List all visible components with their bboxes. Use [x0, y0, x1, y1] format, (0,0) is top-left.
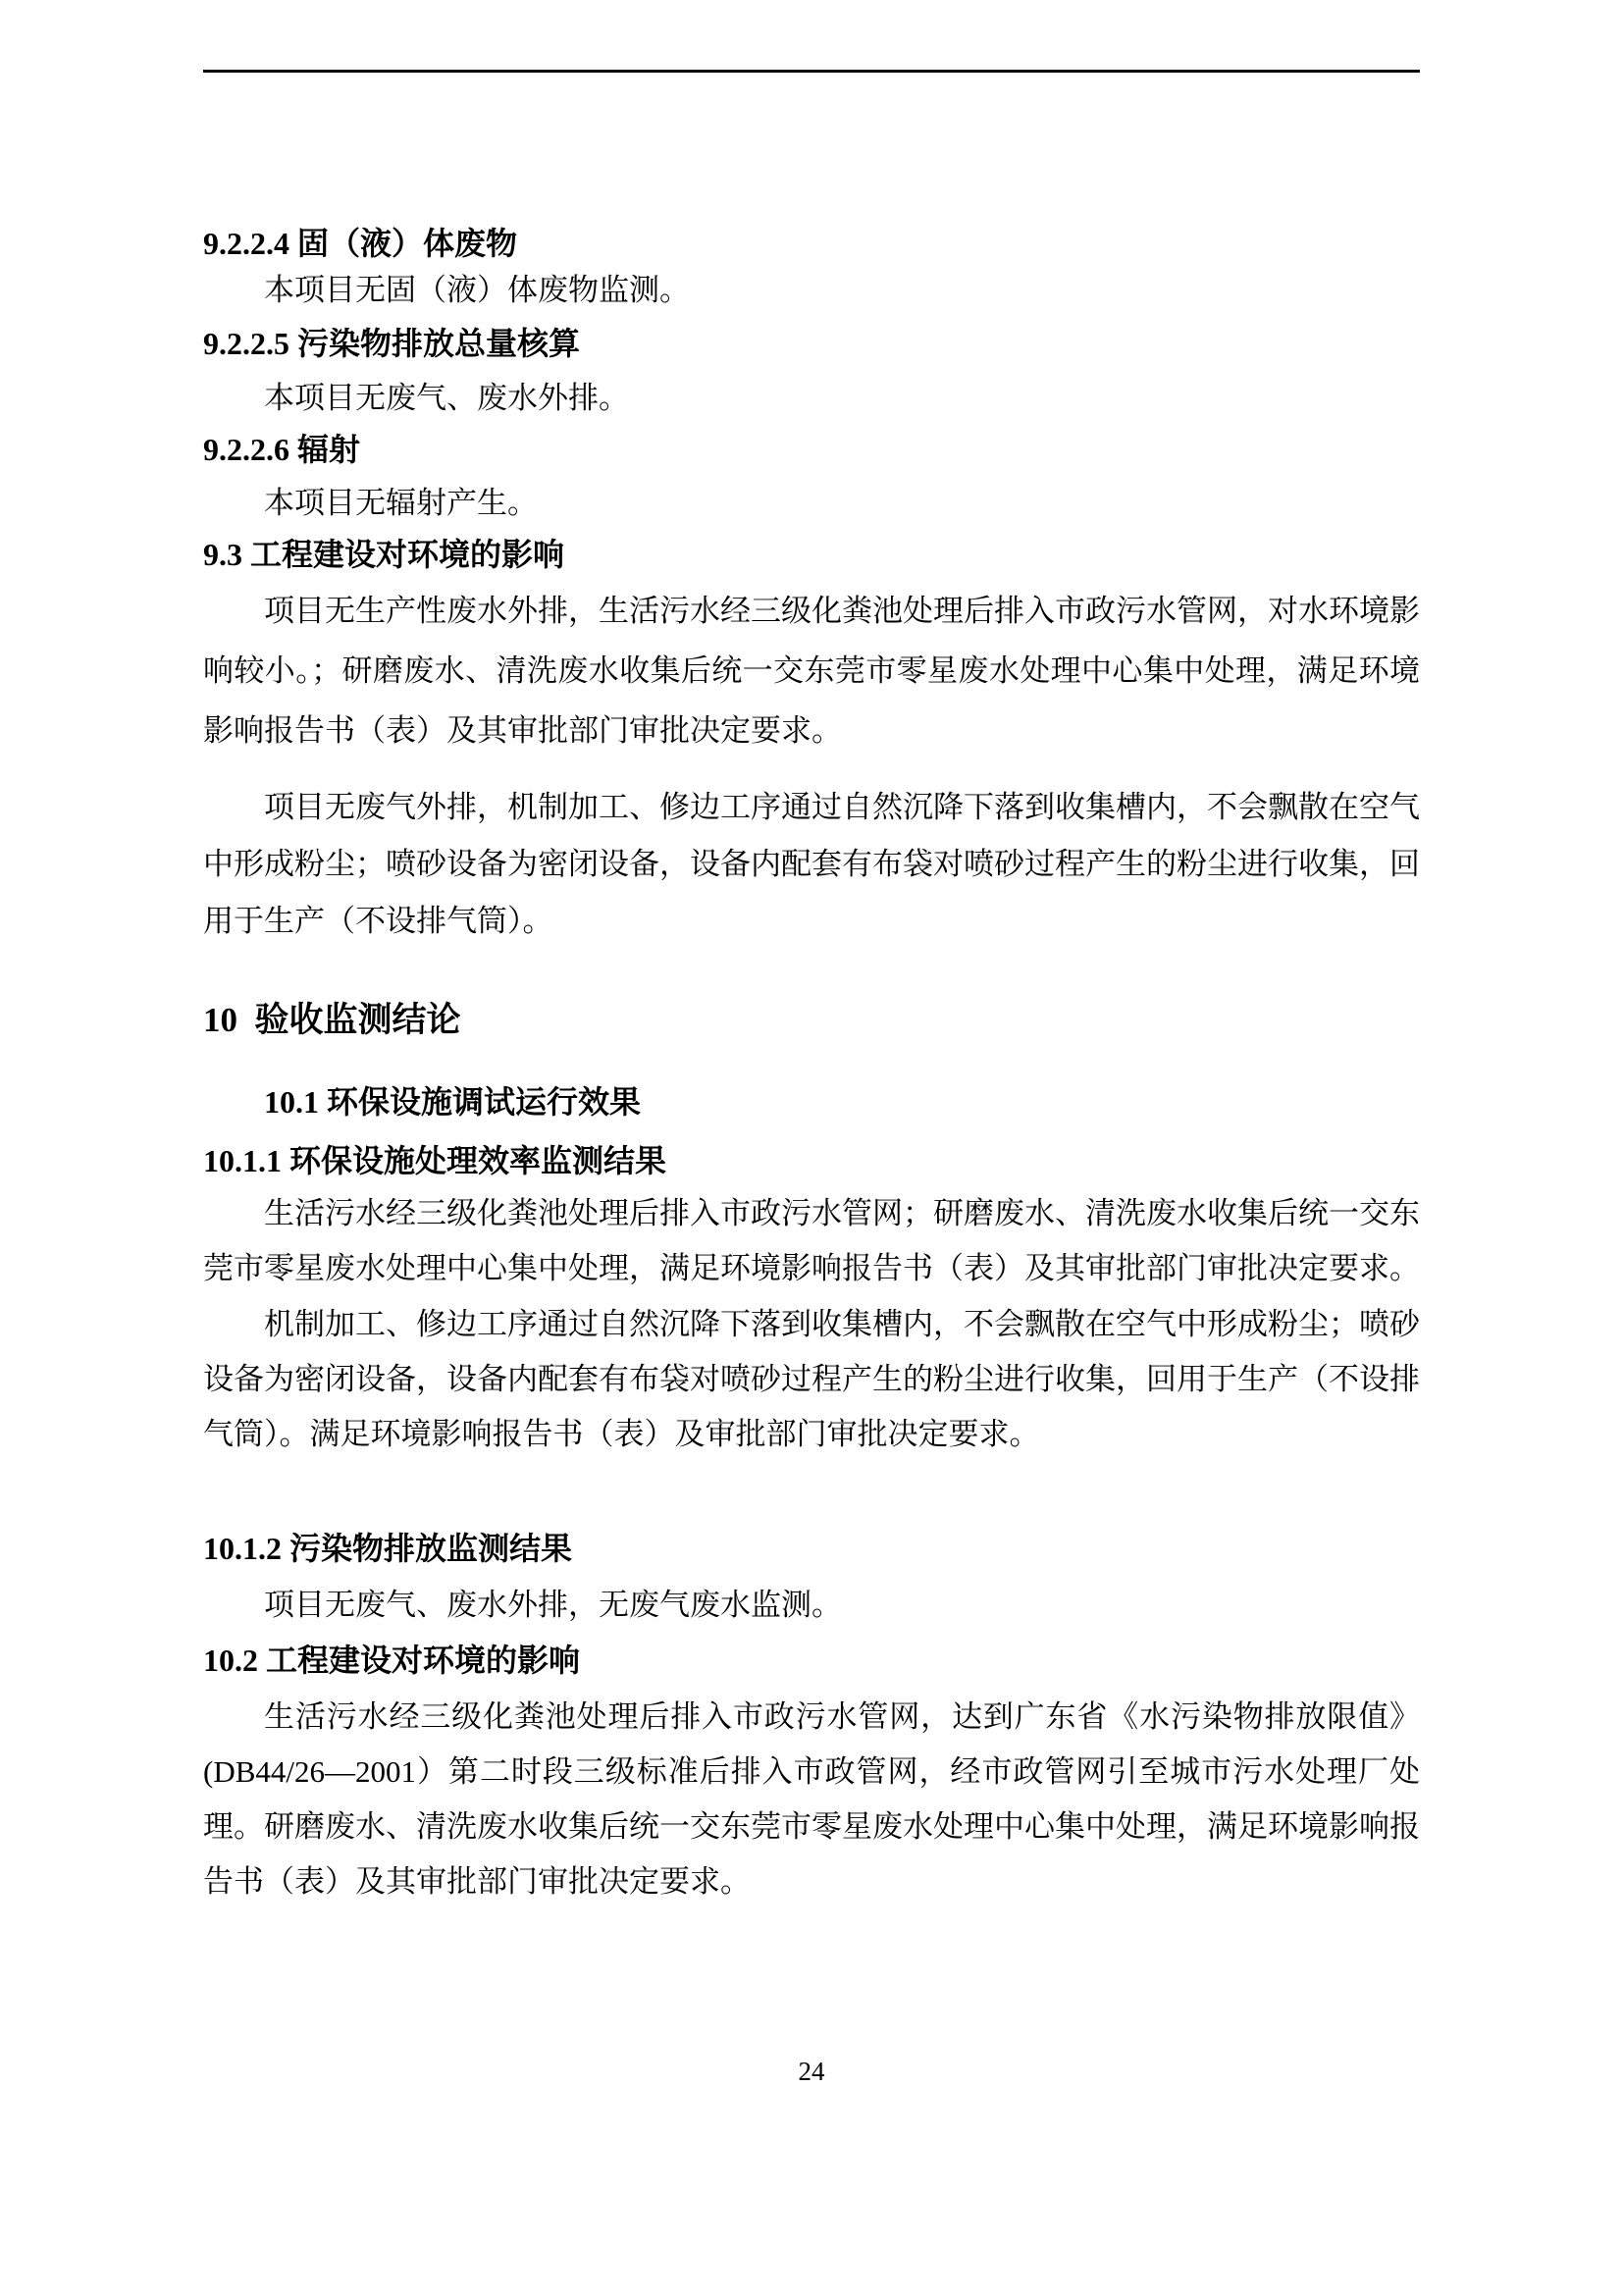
paragraph-sewage-treatment: 生活污水经三级化粪池处理后排入市政污水管网；研磨废水、清洗废水收集后统一交东莞市… [203, 1186, 1420, 1296]
heading-9-2-2-4-solid-liquid-waste: 9.2.2.4 固（液）体废物 [203, 222, 1420, 266]
heading-9-3-environment-impact: 9.3 工程建设对环境的影响 [203, 533, 1420, 577]
heading-9-2-2-6-radiation: 9.2.2.6 辐射 [203, 428, 1420, 472]
heading-10-1-2-emission-results: 10.1.2 污染物排放监测结果 [203, 1527, 1420, 1571]
paragraph-no-monitoring: 项目无废气、废水外排，无废气废水监测。 [203, 1583, 1420, 1627]
heading-10-1-facility-operation-effect: 10.1 环保设施调试运行效果 [203, 1080, 1420, 1124]
heading-9-2-2-5-total-emission: 9.2.2.5 污染物排放总量核算 [203, 322, 1420, 366]
report-page: 9.2.2.4 固（液）体废物 本项目无固（液）体废物监测。 9.2.2.5 污… [0, 0, 1623, 2296]
header-rule [203, 70, 1420, 73]
heading-10-acceptance-conclusion: 10 验收监测结论 [203, 995, 1420, 1046]
paragraph-final-conclusion: 生活污水经三级化粪池处理后排入市政污水管网，达到广东省《水污染物排放限值》(DB… [203, 1690, 1420, 1909]
paragraph-exhaust-impact: 项目无废气外排，机制加工、修边工序通过自然沉降下落到收集槽内，不会飘散在空气中形… [203, 779, 1420, 950]
paragraph-no-radiation: 本项目无辐射产生。 [203, 481, 1420, 525]
heading-10-2-environment-impact: 10.2 工程建设对环境的影响 [203, 1639, 1420, 1683]
page-number: 24 [203, 2056, 1420, 2087]
heading-10-1-1-efficiency-results: 10.1.1 环保设施处理效率监测结果 [203, 1139, 1420, 1183]
paragraph-dust-collection: 机制加工、修边工序通过自然沉降下落到收集槽内，不会飘散在空气中形成粉尘；喷砂设备… [203, 1297, 1420, 1462]
paragraph-no-gas-water-discharge: 本项目无废气、废水外排。 [203, 376, 1420, 420]
paragraph-no-solid-waste: 本项目无固（液）体废物监测。 [203, 268, 1420, 312]
paragraph-wastewater-impact: 项目无生产性废水外排，生活污水经三级化粪池处理后排入市政污水管网，对水环境影响较… [203, 581, 1420, 760]
